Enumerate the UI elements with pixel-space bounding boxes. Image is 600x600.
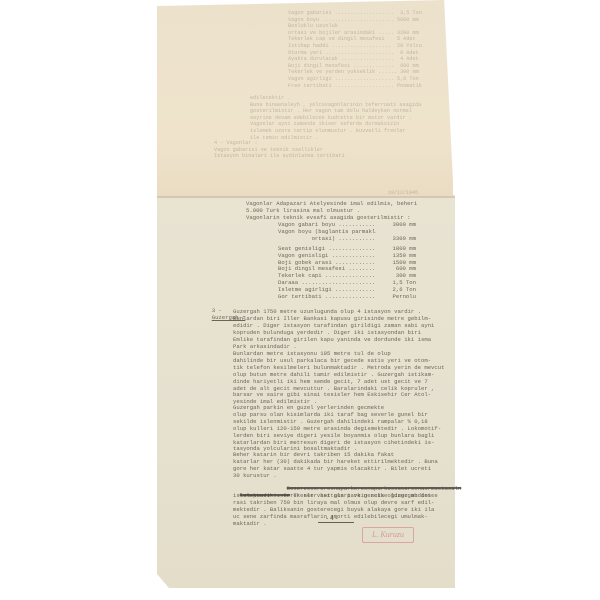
ghost-line: Vagon boyu ....................... 5000 … bbox=[288, 17, 422, 24]
spec-value: 3000 mm bbox=[376, 222, 416, 229]
page-number: - 4 - bbox=[326, 514, 338, 522]
spec-value: 3300 mm bbox=[376, 236, 416, 243]
ghost-line: Vagonlar ayni zamanda ikiser seferde dur… bbox=[250, 121, 421, 128]
ghost-footer: 4 - Vagonlar :Vagon gabarisi ve teknik o… bbox=[214, 140, 345, 160]
ghost-line: Vagon gabarisi ve teknik ozellikler bbox=[214, 147, 345, 154]
ghost-line: 4 - Vagonlar : bbox=[214, 140, 345, 147]
spec-table: Vagon gabari boyu ................:3000 … bbox=[278, 222, 416, 301]
ghost-line: edilecektir . bbox=[250, 95, 421, 102]
ghost-line: Istihap haddi ................... 20 Yol… bbox=[288, 43, 422, 50]
spec-row: Gor tertibati ....................:Perno… bbox=[278, 294, 416, 301]
ghost-line: Istasyon binalari ile aydinlatma tertiba… bbox=[214, 153, 345, 160]
ghost-line: gosterilmistir . Her vagon tam dolu hald… bbox=[250, 108, 421, 115]
text-line: Vagonlarin teknik evsafi asagida gosteri… bbox=[246, 215, 417, 222]
spec-label: Tekerlek capi ....................: bbox=[278, 273, 376, 280]
paragraph-route-2: Bunlardan metre istasyonu 105 metre tul … bbox=[233, 351, 444, 406]
spec-value: Pernolu bbox=[376, 294, 416, 301]
ghost-line: seyrine devam edebilecek kudrette bir mo… bbox=[250, 115, 421, 122]
spec-row: Vagon gabari boyu ................:3000 … bbox=[278, 222, 416, 229]
spec-label: Boji dingil mesafesi .............: bbox=[278, 266, 376, 273]
ghost-paragraph: edilecektir .Buna binaenaleyh , yolcuvag… bbox=[250, 95, 421, 141]
page-number-underline bbox=[318, 522, 354, 523]
paragraph-route-4: Beher katarin bir devri takriben 15 daki… bbox=[233, 452, 438, 480]
ghost-line: Fren tertibati ................... Pnoma… bbox=[288, 83, 422, 90]
ghost-line: Vagon agirligi ................... 5,6 T… bbox=[288, 76, 422, 83]
spec-label: Vagon boyu (baglantis parmaklari bbox=[278, 229, 376, 236]
ghost-line: Bosluklu uzunluk bbox=[288, 23, 422, 30]
spec-label: Isletme agirligi .................: bbox=[278, 287, 376, 294]
ghost-line: Buna binaenaleyh , yolcuvagonlarinin tef… bbox=[250, 102, 421, 109]
ghost-line: Tekerlek cap ve dingil mesafesi 5 Adet bbox=[288, 36, 422, 43]
spec-label: Seat genisligi ...................: bbox=[278, 246, 376, 253]
spec-label: Vagon gabari boyu ................: bbox=[278, 222, 376, 229]
spec-label: Boji gobek arasi .................: bbox=[278, 260, 376, 267]
ghost-spec-list: Vagon gabarisi ................... 3,5 T… bbox=[288, 10, 422, 89]
spec-label: Vagon genisligi ..................: bbox=[278, 253, 376, 260]
paragraph-route-1: Guzergah 1750 metre uzunlugunda olup 4 i… bbox=[233, 309, 434, 350]
ghost-line: Boji dingil mesafesi ............. 600 m… bbox=[288, 63, 422, 70]
ghost-line: ortasi ve bojiler arasindaki ..... 3200 … bbox=[288, 30, 422, 37]
ghost-date-note: 10/12/1945 bbox=[388, 190, 418, 197]
ghost-line: Ayakta durulacak ................. 4 Ade… bbox=[288, 56, 422, 63]
paragraph-route-3: Guzergah parkin en guzel yerlerinden gec… bbox=[233, 405, 441, 453]
red-signature-stamp: L. Kuruzu bbox=[362, 527, 414, 543]
intro-paragraph: Vagonlar Adapazari Atelyesinde imal edil… bbox=[246, 201, 417, 222]
spec-label: ortasi) ................: bbox=[278, 236, 376, 243]
spec-label: Gor tertibati ....................: bbox=[278, 294, 376, 301]
ghost-line: islemek uzere tertip olunmustur . Kuvvet… bbox=[250, 128, 421, 135]
ghost-line: Oturma yeri ...................... 8 Ade… bbox=[288, 50, 422, 57]
spec-label: Daraaa ...........................: bbox=[278, 280, 376, 287]
ghost-line: Vagon gabarisi ................... 3,5 T… bbox=[288, 10, 422, 17]
ghost-line: Tekerlek ve yerden yukseklik ...... 300 … bbox=[288, 69, 422, 76]
spec-row: ortasi) ................:3300 mm bbox=[278, 236, 416, 243]
